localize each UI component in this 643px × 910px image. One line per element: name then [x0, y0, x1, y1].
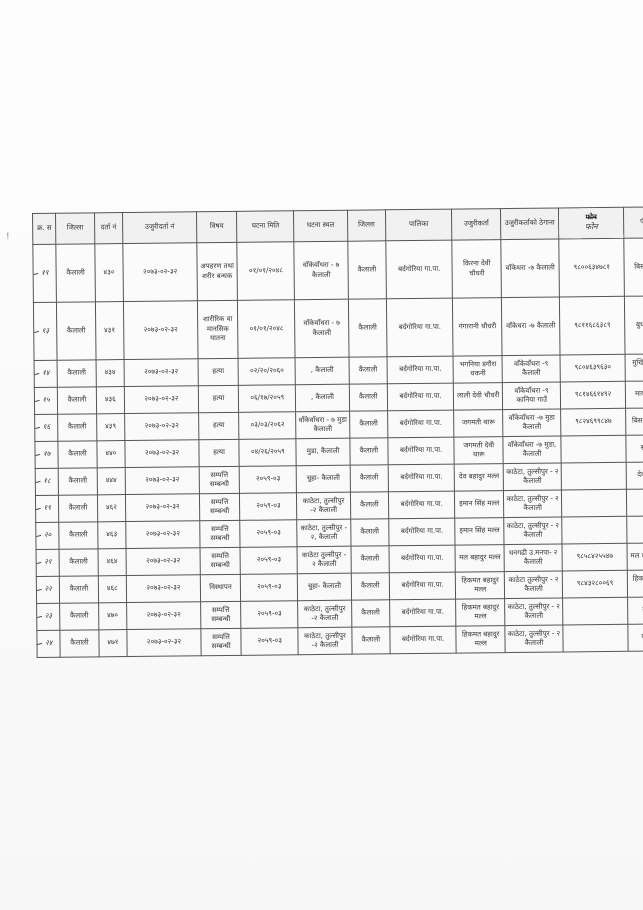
handwritten-tick-icon: [33, 263, 39, 280]
header-complainant: उजुरीकर्ता: [452, 209, 501, 241]
cell-complainant: मल बहादुर मल्ल: [455, 545, 504, 573]
cell-victim: मायाराम चौ: [626, 381, 643, 408]
cell-phone: ९८०४६३९६३०: [560, 354, 625, 382]
cell-phone: [561, 462, 626, 490]
header-complainant-address: उजुरीकर्ताको ठेगाना: [501, 208, 559, 240]
header-victim: पीडित: [624, 207, 643, 238]
cell-complaint-no: २०७३-०२-३२: [125, 386, 199, 414]
cell-complainant: किरना देवी चौधरी: [452, 240, 501, 299]
cell-incident-date: २०५९-०३: [241, 628, 298, 656]
cell-municipality: बर्दगोरिया गा.पा.: [388, 464, 455, 492]
cell-district-2: कैलाली: [351, 600, 389, 627]
cell-reg-no: ४३६: [96, 387, 125, 414]
table-row: १३ कैलाली ४३१ २०७३-०२-३२ शारीरिक वा मानस…: [33, 296, 643, 361]
handwritten-tick-icon: [35, 417, 40, 434]
cell-district: कैलाली: [59, 549, 97, 576]
cell-sn: १६: [35, 414, 59, 441]
cell-victim: बिसराम चौ: [624, 238, 643, 296]
cell-subject: हत्या: [199, 439, 240, 466]
cell-incident-date: ०३/०३/२०६२: [239, 412, 296, 440]
cell-complainant: लाली देवी चौधरी: [454, 383, 503, 411]
cell-sn: १७: [35, 441, 59, 468]
corner-mark: !: [6, 232, 10, 242]
header-district-2: जिल्ला: [347, 210, 385, 241]
cell-complaint-no: २०७३-०२-३२: [127, 575, 201, 603]
cell-sn: १९: [33, 244, 57, 302]
cell-incident-date: ०१/०१/२०४८: [238, 300, 296, 359]
handwritten-tick-icon: [36, 579, 41, 596]
cell-district: कैलाली: [56, 244, 95, 302]
cell-district: कैलाली: [59, 495, 97, 522]
phone-header-struck: फोन: [586, 213, 597, 221]
cell-incident-date: २०५९-०३: [241, 601, 298, 629]
cell-reg-no: ४३०: [94, 244, 123, 302]
cell-district-2: कैलाली: [348, 241, 387, 299]
cell-district: कैलाली: [60, 603, 98, 630]
cell-sn: १५: [34, 387, 58, 414]
cell-complainant-address: वाँकेवाँधरा -९ कानिया गाउँ: [502, 382, 560, 410]
cell-municipality: बर्दगोरिया गा.पा.: [389, 518, 456, 546]
cell-complaint-no: २०७३-०२-३२: [125, 413, 199, 441]
cell-complainant: हिकमत बहादुर मल्ल: [456, 626, 505, 654]
cell-victim: हिकमत बहादुर मल्ल: [627, 570, 643, 597]
sn-value: १९: [41, 269, 48, 277]
scanned-page: ! क्र. स जिल्ला दर्ता नं उजुरीदर्ता नं व…: [0, 0, 643, 910]
cell-district-2: कैलाली: [351, 546, 389, 573]
cell-incident-date: ०२/२०/२०६०: [238, 358, 295, 386]
cell-reg-no: ४७१: [98, 630, 127, 657]
cell-subject: सम्पत्ति सम्बन्धी: [199, 493, 240, 520]
cell-reg-no: ४६३: [97, 522, 126, 549]
cell-incident-place: काठेटा, तुल्सीपुर -२ कैलाली: [298, 600, 352, 628]
cell-municipality: बर्दगोरिया गा.पा.: [388, 491, 455, 519]
cell-district-2: कैलाली: [349, 411, 387, 438]
cell-reg-no: ४३१: [95, 302, 124, 360]
cell-victim: संपिरवा: [626, 435, 643, 462]
header-reg-no: दर्ता नं: [94, 213, 123, 244]
cell-victim: सन्जु: [627, 516, 643, 543]
cell-incident-date: ०६/१७/२०५९: [239, 385, 296, 413]
cell-complaint-no: २०७३-०२-३२: [125, 440, 199, 468]
cell-complainant: हिकमत बहादुर मल्ल: [456, 572, 505, 600]
cell-municipality: बर्दगोरिया गा.पा.: [390, 626, 457, 654]
cell-district: कैलाली: [60, 576, 98, 603]
cell-sn: २०: [36, 522, 60, 549]
sn-value: १५: [42, 396, 49, 404]
cell-sn: १९: [35, 495, 59, 522]
cell-phone: ९८१४६६१४९२: [560, 381, 625, 409]
handwritten-tick-icon: [37, 633, 42, 650]
cell-phone: [563, 624, 628, 652]
cell-complainant: इमान सिंह मल्ल: [455, 518, 504, 546]
cell-phone: ९८४३२८००६९: [562, 570, 627, 598]
cell-subject: हत्या: [198, 412, 239, 439]
cell-district: कैलाली: [58, 387, 96, 414]
cell-victim: बुधराम चौ: [625, 296, 643, 354]
cell-district-2: कैलाली: [348, 299, 387, 357]
cell-incident-place: मुडा, कैलाली: [296, 438, 350, 466]
cell-complainant: इमान सिंह मल्ल: [455, 491, 504, 519]
header-phone: फोन फोन: [559, 207, 624, 239]
cell-reg-no: ४७०: [98, 603, 127, 630]
cell-sn: १८: [35, 468, 59, 495]
cell-complaint-no: २०७३-०२-३२: [127, 629, 201, 657]
phone-header-handwritten: फोन: [561, 222, 621, 233]
complaint-table: क्र. स जिल्ला दर्ता नं उजुरीदर्ता नं विष…: [32, 206, 643, 658]
cell-subject: हत्या: [198, 385, 239, 412]
header-incident-place: घटना स्थल: [294, 210, 348, 242]
cell-complaint-no: २०७३-०२-३२: [126, 548, 200, 576]
cell-incident-date: ०४/२६/२०५९: [239, 439, 296, 467]
cell-incident-place: काठेटा, तुल्सीपुर -२ कैलाली: [298, 627, 352, 655]
cell-complaint-no: २०७३-०२-३२: [126, 494, 200, 522]
cell-phone: ९८११६८६३८९: [560, 296, 626, 355]
cell-subject: सम्पत्ति सम्बन्धी: [200, 601, 241, 628]
header-complaint-no: उजुरीदर्ता नं: [123, 212, 197, 244]
cell-subject: सम्पत्ति सम्बन्धी: [199, 520, 240, 547]
cell-municipality: बर्दगोरिया गा.पा.: [386, 298, 453, 357]
cell-complainant-address: काठेटा, तुल्सीपुर - २ कैलाली: [504, 517, 562, 545]
cell-complainant-address: काठेटा, तुल्सीपुर - २ कैलाली: [505, 598, 563, 626]
handwritten-tick-icon: [37, 606, 42, 623]
handwritten-tick-icon: [35, 498, 40, 515]
cell-district: कैलाली: [58, 441, 96, 468]
cell-incident-date: २०५९-०३: [240, 520, 297, 548]
cell-district: कैलाली: [59, 522, 97, 549]
handwritten-tick-icon: [36, 525, 41, 542]
sn-value: २२: [44, 585, 51, 593]
cell-district: कैलाली: [59, 468, 97, 495]
cell-complainant: देव बहादुर मल्ल: [455, 464, 504, 492]
cell-phone: ९८२४६९९८४७: [561, 408, 626, 436]
handwritten-tick-icon: [33, 321, 39, 338]
cell-incident-place: वाँकेवाँधरा - ७ कैलाली: [294, 241, 348, 300]
sn-value: १४: [42, 369, 49, 377]
cell-district-2: कैलाली: [352, 627, 390, 654]
header-incident-date: घटना मिति: [237, 211, 294, 243]
cell-district: कैलाली: [57, 360, 95, 387]
cell-phone: ९८००६३४७८१: [559, 238, 625, 297]
cell-complainant-address: काठेटा, तुल्सीपुर - २ कैलाली: [504, 490, 562, 518]
cell-complaint-no: २०७३-०२-३२: [124, 301, 198, 360]
cell-subject: विस्थापन: [200, 574, 241, 601]
table-row: १९ कैलाली ४३० २०७३-०२-३२ अपहरण तथा शरीर …: [33, 238, 643, 303]
cell-incident-place: चुहा- कैलाली: [298, 573, 352, 601]
cell-subject: शारीरिक वा मानसिक यातना: [197, 300, 238, 358]
cell-district-2: कैलाली: [350, 465, 388, 492]
cell-reg-no: ४६२: [97, 495, 126, 522]
cell-district: कैलाली: [58, 414, 96, 441]
cell-municipality: बर्दगोरिया गा.पा.: [386, 240, 453, 299]
cell-sn: २३: [37, 603, 61, 630]
cell-incident-date: ०१/०१/२०४८: [237, 242, 295, 301]
sn-value: २१: [44, 558, 51, 566]
handwritten-tick-icon: [35, 471, 40, 488]
cell-sn: २४: [37, 630, 61, 657]
cell-municipality: बर्दगोरिया गा.पा.: [387, 356, 454, 384]
cell-phone: [563, 597, 628, 625]
handwritten-tick-icon: [35, 444, 40, 461]
cell-incident-place: चुहा- कैलाली: [296, 465, 350, 493]
cell-district-2: कैलाली: [350, 438, 388, 465]
cell-municipality: बर्दगोरिया गा.पा.: [389, 572, 456, 600]
cell-district-2: कैलाली: [349, 357, 387, 384]
complaint-table-sheet: क्र. स जिल्ला दर्ता नं उजुरीदर्ता नं विष…: [32, 206, 643, 658]
cell-incident-place: वाँकेवाँधरा - ७ मुडा कैलाली: [296, 411, 350, 439]
handwritten-tick-icon: [36, 552, 41, 569]
cell-complaint-no: २०७३-०२-३२: [126, 521, 200, 549]
cell-reg-no: ४३४: [96, 360, 125, 387]
cell-reg-no: ४६४: [98, 549, 127, 576]
cell-reg-no: ४३९: [96, 414, 125, 441]
cell-sn: २२: [36, 576, 60, 603]
cell-victim: देव बहादुर: [626, 462, 643, 489]
cell-complainant-address: काठेटा तुल्सीपुर - २ कैलाली: [504, 571, 562, 599]
cell-complainant: जगमती देवी थारू: [454, 437, 503, 465]
cell-complainant: भगनिया डगौरा धकनी: [453, 356, 502, 384]
cell-complainant-address: वाँकेवाँधरा -७ मुडा, कैलाली: [503, 436, 561, 464]
cell-phone: [561, 435, 626, 463]
cell-complaint-no: २०७३-०२-३२: [123, 243, 197, 302]
sn-value: १६: [43, 423, 50, 431]
sn-value: २४: [45, 639, 52, 647]
cell-sn: २१: [36, 549, 60, 576]
cell-complainant: हिकमत बहादुर मल्ल: [456, 599, 505, 627]
header-sn: क्र. स: [33, 213, 57, 244]
cell-municipality: बर्दगोरिया गा.पा.: [389, 599, 456, 627]
sn-value: १७: [43, 450, 50, 458]
cell-subject: सम्पत्ति सम्बन्धी: [201, 628, 242, 655]
header-district: जिल्ला: [56, 213, 94, 244]
cell-victim: कुशल: [627, 489, 643, 516]
cell-incident-date: २०५९-०३: [240, 547, 297, 575]
sn-value: १९: [44, 504, 51, 512]
cell-incident-date: २०५९-०३: [240, 466, 297, 494]
cell-sn: १३: [33, 302, 57, 360]
header-subject: विषय: [196, 211, 237, 242]
table-row: २४ कैलाली ४७१ २०७३-०२-३२ सम्पत्ति सम्बन्…: [37, 624, 643, 658]
cell-complainant: जगमती थारू: [454, 410, 503, 438]
cell-district: कैलाली: [57, 302, 96, 360]
cell-subject: हत्या: [198, 358, 239, 385]
cell-phone: [562, 516, 627, 544]
cell-municipality: बर्दगोरिया गा.पा.: [387, 410, 454, 438]
cell-complaint-no: २०७३-०२-३२: [127, 602, 201, 630]
cell-district-2: कैलाली: [350, 492, 388, 519]
cell-reg-no: ४४४: [97, 468, 126, 495]
cell-phone: ९८५८४२५५४७: [562, 543, 627, 571]
cell-victim: बिस राम थारू: [626, 408, 643, 435]
cell-victim: मुखिया डगौरा थारू: [625, 354, 643, 381]
cell-district-2: कैलाली: [351, 573, 389, 600]
cell-victim: एकता म: [628, 624, 643, 651]
cell-municipality: बर्दगोरिया गा.पा.: [388, 437, 455, 465]
cell-district-2: कैलाली: [350, 519, 388, 546]
cell-municipality: बर्दगोरिया गा.पा.: [387, 383, 454, 411]
cell-complainant-address: वाँकेधरा -७ कैलाली: [501, 239, 560, 298]
cell-complainant-address: वाँकेवाँधरा -७ मुडा कैलाली: [503, 409, 561, 437]
cell-municipality: बर्दगोरिया गा.पा.: [389, 545, 456, 573]
cell-incident-place: काठेटा, तुल्सीपुर -२ कैलाली: [297, 492, 351, 520]
cell-incident-place: , कैलाली: [295, 357, 349, 385]
cell-victim: दुर्गेश म: [628, 597, 643, 624]
cell-complainant: गंगारानी चौधरी: [453, 298, 502, 357]
sn-value: १८: [43, 477, 50, 485]
cell-subject: सम्पत्ति सम्बन्धी: [200, 547, 241, 574]
cell-complainant-address: धनगढी उ.मनपा- २ कैलाली: [504, 544, 562, 572]
cell-district: कैलाली: [60, 630, 98, 657]
cell-incident-place: काठेटा तुल्सीपुर - २ कैलाली: [297, 546, 351, 574]
cell-reg-no: ४४०: [96, 441, 125, 468]
handwritten-tick-icon: [34, 390, 39, 407]
sn-value: २३: [45, 612, 52, 620]
sn-value: १३: [42, 327, 49, 335]
cell-incident-place: वाँकेवाँधरा - ७ कैलाली: [295, 299, 349, 358]
cell-sn: १४: [34, 360, 58, 387]
cell-phone: [562, 489, 627, 517]
cell-subject: सम्पत्ति सम्बन्धी: [199, 466, 240, 493]
cell-incident-date: २०५९-०३: [240, 493, 297, 521]
header-municipality: पालिका: [385, 209, 452, 241]
cell-reg-no: ४६८: [98, 576, 127, 603]
cell-incident-place: काठेटा, तुल्सीपुर - २, कैलाली: [297, 519, 351, 547]
cell-subject: अपहरण तथा शरीर बन्धक: [197, 242, 238, 300]
cell-complainant-address: काठेटा, तुल्सीपुर - २ कैलाली: [503, 463, 561, 491]
cell-incident-date: २०५९-०३: [241, 574, 298, 602]
sn-value: २०: [44, 531, 51, 539]
cell-incident-place: , कैलाली: [296, 384, 350, 412]
cell-complainant-address: काठेटा, तुल्सीपुर - २ कैलाली: [505, 625, 563, 653]
cell-complaint-no: २०७३-०२-३२: [125, 467, 199, 495]
cell-complaint-no: २०७३-०२-३२: [124, 359, 198, 387]
cell-district-2: कैलाली: [349, 384, 387, 411]
cell-complainant-address: वाँकेधरा -७ कैलाली: [502, 297, 561, 356]
cell-victim: मल बहादुर मल्ल: [627, 543, 643, 570]
handwritten-tick-icon: [34, 363, 39, 380]
cell-complainant-address: वाँकेवाँधरा -९ कैलाली: [502, 355, 560, 383]
